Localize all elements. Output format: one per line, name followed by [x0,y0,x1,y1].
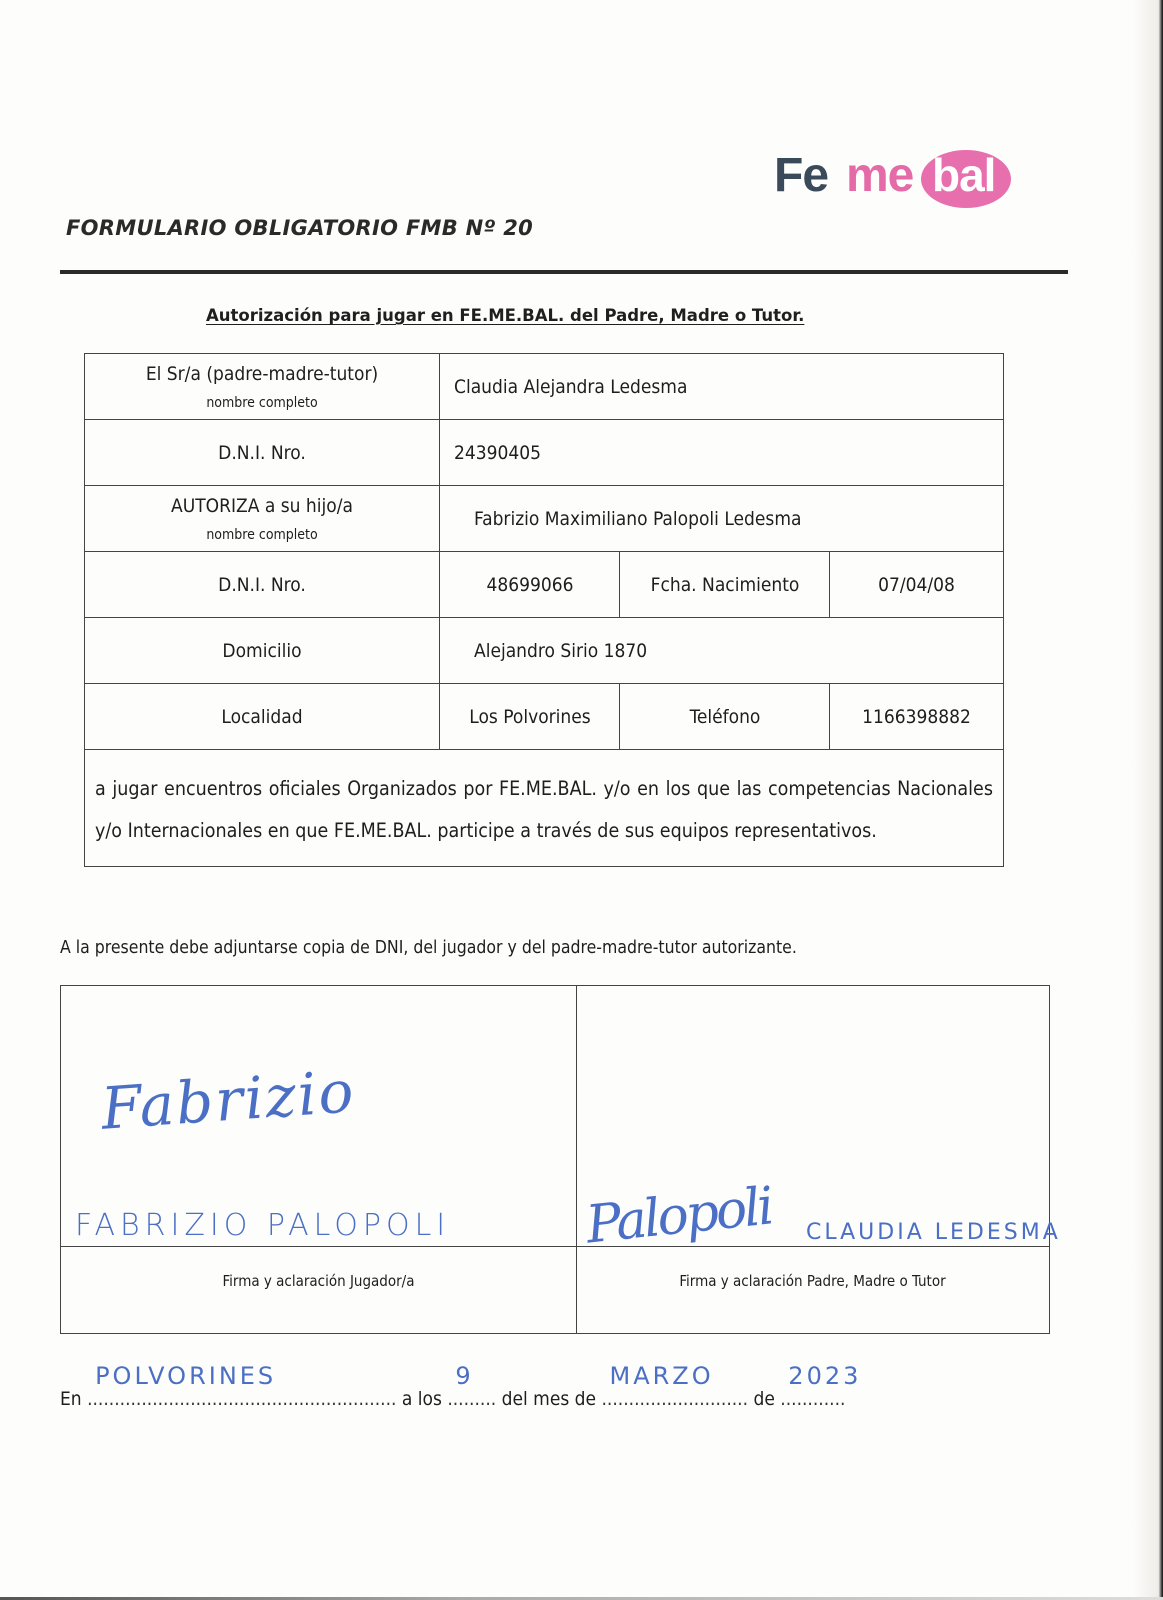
birth-date-label: Fcha. Nacimiento [619,552,830,617]
guardian-signature[interactable]: Palopoli [583,1176,774,1255]
month-label: del mes de [502,1388,596,1410]
guardian-printed-name[interactable]: CLAUDIA LEDESMA [806,1220,1061,1245]
child-name-field[interactable]: Fabrizio Maximiliano Palopoli Ledesma [439,486,1003,551]
child-dni-field[interactable]: 48699066 [439,552,620,617]
row-child-dni: D.N.I. Nro. 48699066 Fcha. Nacimiento 07… [84,551,1004,617]
row-child-name: AUTORIZA a su hijo/a nombre completo Fab… [84,485,1004,551]
phone-label: Teléfono [619,684,830,749]
address-label: Domicilio [85,618,439,683]
guardian-signature-caption: Firma y aclaración Padre, Madre o Tutor [576,1272,1049,1290]
form-subtitle: Autorización para jugar en FE.ME.BAL. de… [206,306,804,325]
logo-text-fe: Fe [774,148,828,203]
guardian-name-field[interactable]: Claudia Alejandra Ledesma [439,354,1003,419]
child-name-label: AUTORIZA a su hijo/a nombre completo [85,486,439,551]
player-signature[interactable]: Fabrizio [99,1057,357,1143]
title-divider [60,270,1068,274]
guardian-label-text: El Sr/a (padre-madre-tutor) [146,363,378,385]
row-guardian-dni: D.N.I. Nro. 24390405 [84,419,1004,485]
locality-label: Localidad [85,684,439,749]
player-signature-caption: Firma y aclaración Jugador/a [61,1272,576,1290]
place-date-line: En .....................................… [60,1388,845,1410]
form-title: FORMULARIO OBLIGATORIO FMB Nº 20 [66,216,533,240]
year-label: de [753,1388,774,1410]
row-address: Domicilio Alejandro Sirio 1870 [84,617,1004,683]
guardian-name-label: El Sr/a (padre-madre-tutor) nombre compl… [85,354,439,419]
signature-line [61,1246,1049,1247]
attachment-note: A la presente debe adjuntarse copia de D… [60,938,797,958]
guardian-sublabel-text: nombre completo [206,395,317,411]
guardian-dni-label: D.N.I. Nro. [85,420,439,485]
child-label-text: AUTORIZA a su hijo/a [171,495,353,517]
logo-text-me: me [846,148,913,203]
locality-field[interactable]: Los Polvorines [439,684,620,749]
place-field[interactable]: ........................................… [87,1388,396,1410]
year-value: 2023 [788,1362,861,1390]
signature-table: Fabrizio FABRIZIO PALOPOLI Palopoli CLAU… [60,985,1050,1334]
place-value: POLVORINES [95,1362,276,1390]
scan-edge [1133,0,1163,1600]
address-field[interactable]: Alejandro Sirio 1870 [439,618,1003,683]
authorization-table: El Sr/a (padre-madre-tutor) nombre compl… [84,353,1004,867]
authorization-text: a jugar encuentros oficiales Organizados… [84,749,1004,867]
day-field[interactable]: .........9 [447,1388,496,1410]
child-dni-label: D.N.I. Nro. [85,552,439,617]
month-value: MARZO [610,1362,714,1390]
month-field[interactable]: ...........................MARZO [602,1388,749,1410]
birth-date-field[interactable]: 07/04/08 [829,552,1003,617]
logo-text-bal: bal [932,148,995,202]
row-guardian-name: El Sr/a (padre-madre-tutor) nombre compl… [84,353,1004,419]
child-sublabel-text: nombre completo [206,527,317,543]
year-field[interactable]: ............2023 [780,1388,845,1410]
place-prefix: En [60,1388,82,1410]
femebal-logo: Fe me bal [774,148,1034,210]
row-locality: Localidad Los Polvorines Teléfono 116639… [84,683,1004,749]
phone-field[interactable]: 1166398882 [829,684,1003,749]
player-printed-name[interactable]: FABRIZIO PALOPOLI [75,1208,450,1243]
days-label: a los [402,1388,442,1410]
guardian-dni-field[interactable]: 24390405 [439,420,1003,485]
day-value: 9 [455,1362,473,1390]
